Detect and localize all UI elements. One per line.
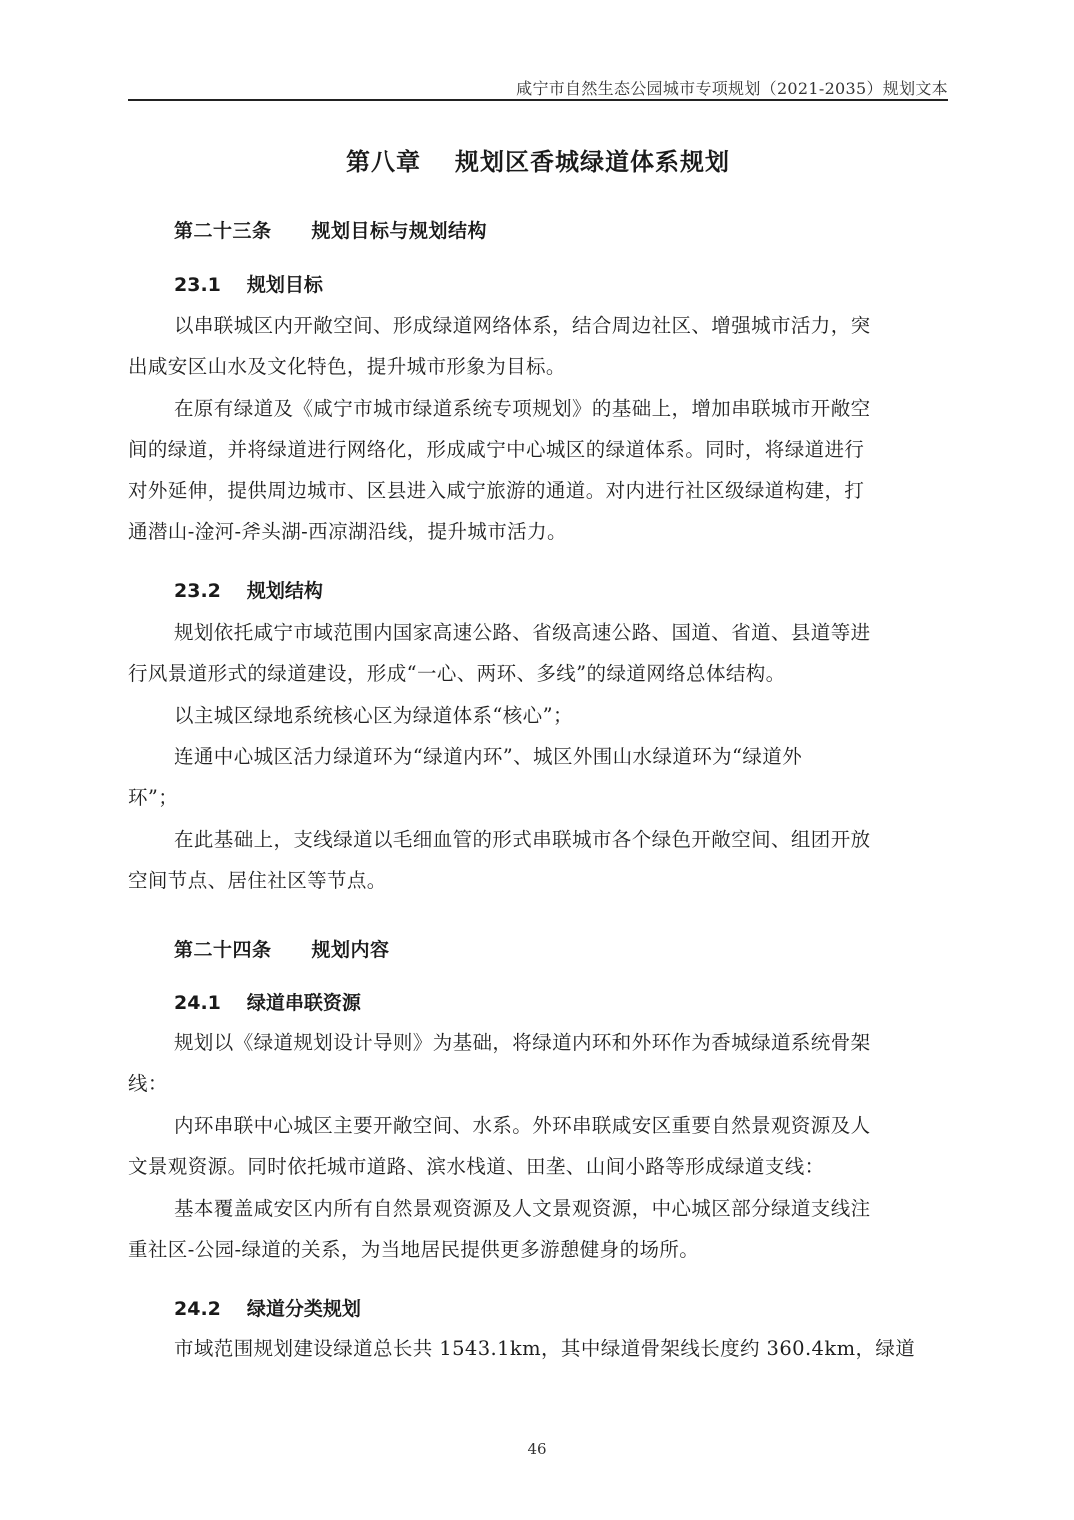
- text-line: 对外延伸，提供周边城市、区县进入咸宁旅游的通道。对内进行社区级绿道构建，打: [128, 470, 948, 511]
- article-heading: 第二十四条规划内容: [174, 935, 390, 962]
- text-line: 在原有绿道及《咸宁市城市绿道系统专项规划》的基础上，增加串联城市开敞空: [128, 388, 948, 429]
- paragraph: 以主城区绿地系统核心区为绿道体系“核心”；: [128, 695, 948, 736]
- paragraph: 在原有绿道及《咸宁市城市绿道系统专项规划》的基础上，增加串联城市开敞空 间的绿道…: [128, 388, 948, 552]
- paragraph: 以串联城区内开敞空间、形成绿道网络体系，结合周边社区、增强城市活力，突 出咸安区…: [128, 305, 948, 387]
- article-number: 第二十三条: [174, 220, 272, 242]
- text-line: 线：: [128, 1063, 948, 1104]
- text-line: 在此基础上，支线绿道以毛细血管的形式串联城市各个绿色开敞空间、组团开放: [128, 819, 948, 860]
- text-line: 文景观资源。同时依托城市道路、滨水栈道、田垄、山间小路等形成绿道支线：: [128, 1146, 948, 1187]
- paragraph: 连通中心城区活力绿道环为“绿道内环”、城区外围山水绿道环为“绿道外 环”；: [128, 736, 948, 818]
- paragraph: 规划以《绿道规划设计导则》为基础，将绿道内环和外环作为香城绿道系统骨架 线：: [128, 1022, 948, 1104]
- article-title: 规划目标与规划结构: [312, 220, 488, 242]
- text-line: 间的绿道，并将绿道进行网络化，形成咸宁中心城区的绿道体系。同时，将绿道进行: [128, 429, 948, 470]
- section-title: 绿道分类规划: [247, 1298, 361, 1320]
- text-line: 重社区-公园-绿道的关系，为当地居民提供更多游憩健身的场所。: [128, 1229, 948, 1270]
- section-heading: 23.1规划目标: [174, 270, 323, 297]
- running-header: 咸宁市自然生态公园城市专项规划（2021-2035）规划文本: [128, 76, 948, 99]
- text-line: 以串联城区内开敞空间、形成绿道网络体系，结合周边社区、增强城市活力，突: [128, 305, 948, 346]
- text-line: 行风景道形式的绿道建设，形成“一心、两环、多线”的绿道网络总体结构。: [128, 653, 948, 694]
- text-line: 以主城区绿地系统核心区为绿道体系“核心”；: [128, 695, 948, 736]
- section-number: 23.1: [174, 274, 221, 296]
- section-number: 24.1: [174, 992, 221, 1014]
- chapter-number: 第八章: [346, 148, 421, 176]
- section-heading: 24.1绿道串联资源: [174, 988, 361, 1015]
- text-line: 内环串联中心城区主要开敞空间、水系。外环串联咸安区重要自然景观资源及人: [128, 1105, 948, 1146]
- section-heading: 24.2绿道分类规划: [174, 1294, 361, 1321]
- paragraph: 市域范围规划建设绿道总长共 1543.1km，其中绿道骨架线长度约 360.4k…: [128, 1328, 948, 1369]
- article-number: 第二十四条: [174, 939, 272, 961]
- paragraph: 规划依托咸宁市域范围内国家高速公路、省级高速公路、国道、省道、县道等进 行风景道…: [128, 612, 948, 694]
- chapter-name: 规划区香城绿道体系规划: [455, 148, 730, 176]
- paragraph: 在此基础上，支线绿道以毛细血管的形式串联城市各个绿色开敞空间、组团开放 空间节点…: [128, 819, 948, 901]
- header-divider: [128, 99, 948, 101]
- section-title: 规划结构: [247, 580, 323, 602]
- section-number: 23.2: [174, 580, 221, 602]
- section-number: 24.2: [174, 1298, 221, 1320]
- text-line: 环”；: [128, 777, 948, 818]
- chapter-title: 第八章规划区香城绿道体系规划: [128, 142, 948, 177]
- article-heading: 第二十三条规划目标与规划结构: [174, 216, 487, 243]
- text-line: 基本覆盖咸安区内所有自然景观资源及人文景观资源，中心城区部分绿道支线注: [128, 1188, 948, 1229]
- text-line: 规划依托咸宁市域范围内国家高速公路、省级高速公路、国道、省道、县道等进: [128, 612, 948, 653]
- paragraph: 内环串联中心城区主要开敞空间、水系。外环串联咸安区重要自然景观资源及人 文景观资…: [128, 1105, 948, 1187]
- text-line: 通潜山-淦河-斧头湖-西凉湖沿线，提升城市活力。: [128, 511, 948, 552]
- text-line: 出咸安区山水及文化特色，提升城市形象为目标。: [128, 346, 948, 387]
- text-line: 连通中心城区活力绿道环为“绿道内环”、城区外围山水绿道环为“绿道外: [128, 736, 948, 777]
- text-line: 规划以《绿道规划设计导则》为基础，将绿道内环和外环作为香城绿道系统骨架: [128, 1022, 948, 1063]
- page-number: 46: [0, 1440, 1074, 1458]
- text-line: 市域范围规划建设绿道总长共 1543.1km，其中绿道骨架线长度约 360.4k…: [128, 1328, 948, 1369]
- paragraph: 基本覆盖咸安区内所有自然景观资源及人文景观资源，中心城区部分绿道支线注 重社区-…: [128, 1188, 948, 1270]
- section-title: 绿道串联资源: [247, 992, 361, 1014]
- section-title: 规划目标: [247, 274, 323, 296]
- article-title: 规划内容: [312, 939, 390, 961]
- text-line: 空间节点、居住社区等节点。: [128, 860, 948, 901]
- section-heading: 23.2规划结构: [174, 576, 323, 603]
- document-page: 咸宁市自然生态公园城市专项规划（2021-2035）规划文本 第八章规划区香城绿…: [0, 0, 1074, 1520]
